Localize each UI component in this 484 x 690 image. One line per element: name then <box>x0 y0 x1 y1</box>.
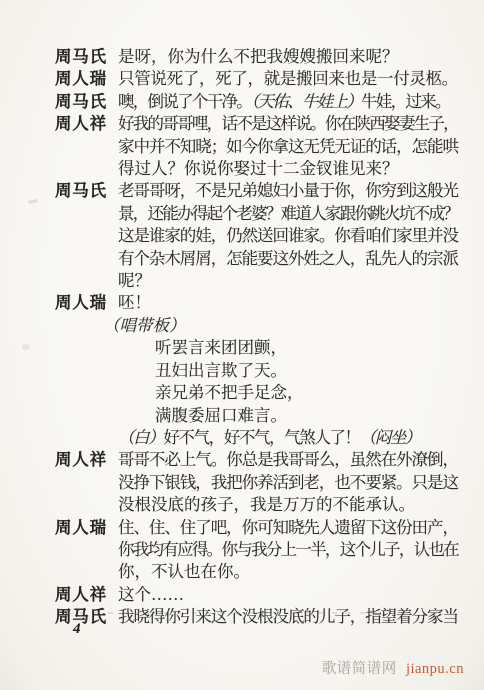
speech-fragment: 噢，倒说了个干净。 <box>118 92 251 111</box>
speech-line: 有个杂木屑屑，怎能要这外姓之人，乱先人的宗派 <box>118 248 484 270</box>
speech-text: 我晓得你引来这个没根没底的儿子，指望着分家当 <box>118 606 484 628</box>
speaker-name: 周人祥 <box>55 584 107 606</box>
speech-text: 好我的哥哥哩，话不是这样说。你在陕西娶妻生子， 家中并不知晓；如今你拿这无凭无证… <box>118 113 484 180</box>
speech-text: 只管说死了，死了，就是搬回来也是一付灵柩。 <box>118 68 484 90</box>
verse-line: 满腹委屈口难言。 <box>155 405 484 427</box>
speech-line: 没根没底的孩子，我是万万的不能承认。 <box>118 494 484 516</box>
sung-verse: 听罢言来团团颤， 丑妇出言欺了天。 亲兄弟不把手足念， 满腹委屈口难言。 <box>155 337 484 427</box>
scan-artifact <box>22 344 30 350</box>
speaker-name: 周马氏 <box>55 180 107 202</box>
scan-artifact <box>28 199 38 204</box>
speech-text: 呸！ <box>118 292 484 314</box>
script-entry: 周马氏 是呀，你为什么不把我嫂嫂搬回来呢？ <box>55 46 484 68</box>
script-entry: 周人瑞 只管说死了，死了，就是搬回来也是一付灵柩。 <box>55 68 484 90</box>
speech-line: 噢，倒说了个干净。（天佑、牛娃上）牛娃，过来。 <box>118 91 484 113</box>
inline-stage-direction: （闷坐） <box>360 428 420 447</box>
page-number: 4 <box>73 618 81 640</box>
script-entry: 周人祥 哥哥不必上气。你总是我哥哥么，虽然在外潦倒， 没挣下银钱，我把你养活到老… <box>55 449 484 516</box>
script-entry: 周人祥 这个…… <box>55 584 484 606</box>
speaker-name: 周马氏 <box>55 606 107 628</box>
inline-stage-direction: （白） <box>118 428 163 447</box>
verse-line: 丑妇出言欺了天。 <box>155 360 484 382</box>
speech-line: 住、住、住了吧，你可知晓先人遗留下这份田产， <box>118 517 484 539</box>
inline-stage-direction: （天佑、牛娃上） <box>251 92 361 111</box>
speech-line: 我晓得你引来这个没根没底的儿子，指望着分家当 <box>118 606 484 628</box>
speaker-name: 周人祥 <box>55 113 107 135</box>
script-page: 周马氏 是呀，你为什么不把我嫂嫂搬回来呢？ 周人瑞 只管说死了，死了，就是搬回来… <box>0 0 484 690</box>
script-entry: 周马氏 老哥哥呀，不是兄弟媳妇小量于你，你穷到这般光 景，还能办得起个老婆？难道… <box>55 180 484 292</box>
speech-line: 得过人？你说你娶过十二金钗谁见来？ <box>118 158 484 180</box>
speech-line: 这是谁家的娃，仍然送回谁家。你看咱们家里并没 <box>118 225 484 247</box>
speech-line: 这个…… <box>118 584 484 606</box>
speaker-name: 周人瑞 <box>55 517 107 539</box>
speech-line: 哥哥不必上气。你总是我哥哥么，虽然在外潦倒， <box>118 449 484 471</box>
speaker-name: 周马氏 <box>55 46 107 68</box>
speech-text: 是呀，你为什么不把我嫂嫂搬回来呢？ <box>118 46 484 68</box>
stage-direction: （唱带板） <box>103 315 484 337</box>
speech-text: 住、住、住了吧，你可知晓先人遗留下这份田产， 你我均有应得。你与我分上一半，这个… <box>118 517 484 584</box>
speech-line: 只管说死了，死了，就是搬回来也是一付灵柩。 <box>118 68 484 90</box>
speech-fragment: 牛娃，过来。 <box>361 92 450 111</box>
watermark-site-name: 歌谱简谱网 <box>322 661 397 677</box>
script-entry: 周人瑞 呸！ <box>55 292 484 314</box>
speech-text: 老哥哥呀，不是兄弟媳妇小量于你，你穷到这般光 景，还能办得起个老婆？难道人家跟你… <box>118 180 484 292</box>
script-entry: 周马氏 我晓得你引来这个没根没底的儿子，指望着分家当 <box>55 606 484 628</box>
speech-line: 没挣下银钱，我把你养活到老，也不要紧。只是这 <box>118 472 484 494</box>
verse-line: 听罢言来团团颤， <box>155 337 484 359</box>
watermark-site-url: jianpu.cn <box>406 661 464 677</box>
script-entry: 周人瑞 住、住、住了吧，你可知晓先人遗留下这份田产， 你我均有应得。你与我分上一… <box>55 517 484 584</box>
watermark: 歌谱简谱网 jianpu.cn <box>322 658 464 680</box>
speech-text: 这个…… <box>118 584 484 606</box>
speech-line: 你我均有应得。你与我分上一半，这个儿子，认也在 <box>118 539 484 561</box>
speech-text: 噢，倒说了个干净。（天佑、牛娃上）牛娃，过来。 <box>118 91 484 113</box>
speech-line: 好我的哥哥哩，话不是这样说。你在陕西娶妻生子， <box>118 113 484 135</box>
speaker-name: 周人瑞 <box>55 68 107 90</box>
speech-line: 你，不认也在你。 <box>118 561 484 583</box>
speech-line: 老哥哥呀，不是兄弟媳妇小量于你，你穷到这般光 <box>118 180 484 202</box>
speech-fragment: 好不气，好不气，气煞人了！ <box>163 428 359 447</box>
speaker-name: 周人祥 <box>55 449 107 471</box>
speech-line: 呢？ <box>118 270 484 292</box>
script-entry: 周马氏 噢，倒说了个干净。（天佑、牛娃上）牛娃，过来。 <box>55 91 484 113</box>
speaker-name: 周人瑞 <box>55 292 107 314</box>
verse-line: 亲兄弟不把手足念， <box>155 382 484 404</box>
speaker-name: 周马氏 <box>55 91 107 113</box>
speech-line: 景，还能办得起个老婆？难道人家跟你跳火坑不成？ <box>118 203 484 225</box>
speech-text: 哥哥不必上气。你总是我哥哥么，虽然在外潦倒， 没挣下银钱，我把你养活到老，也不要… <box>118 449 484 516</box>
speech-line: 呸！ <box>118 292 484 314</box>
script-entry: 周人祥 好我的哥哥哩，话不是这样说。你在陕西娶妻生子， 家中并不知晓；如今你拿这… <box>55 113 484 180</box>
spoken-aside: （白）好不气，好不气，气煞人了！（闷坐） <box>118 427 484 449</box>
speech-line: 是呀，你为什么不把我嫂嫂搬回来呢？ <box>118 46 484 68</box>
speech-line: 家中并不知晓；如今你拿这无凭无证的话，怎能哄 <box>118 136 484 158</box>
